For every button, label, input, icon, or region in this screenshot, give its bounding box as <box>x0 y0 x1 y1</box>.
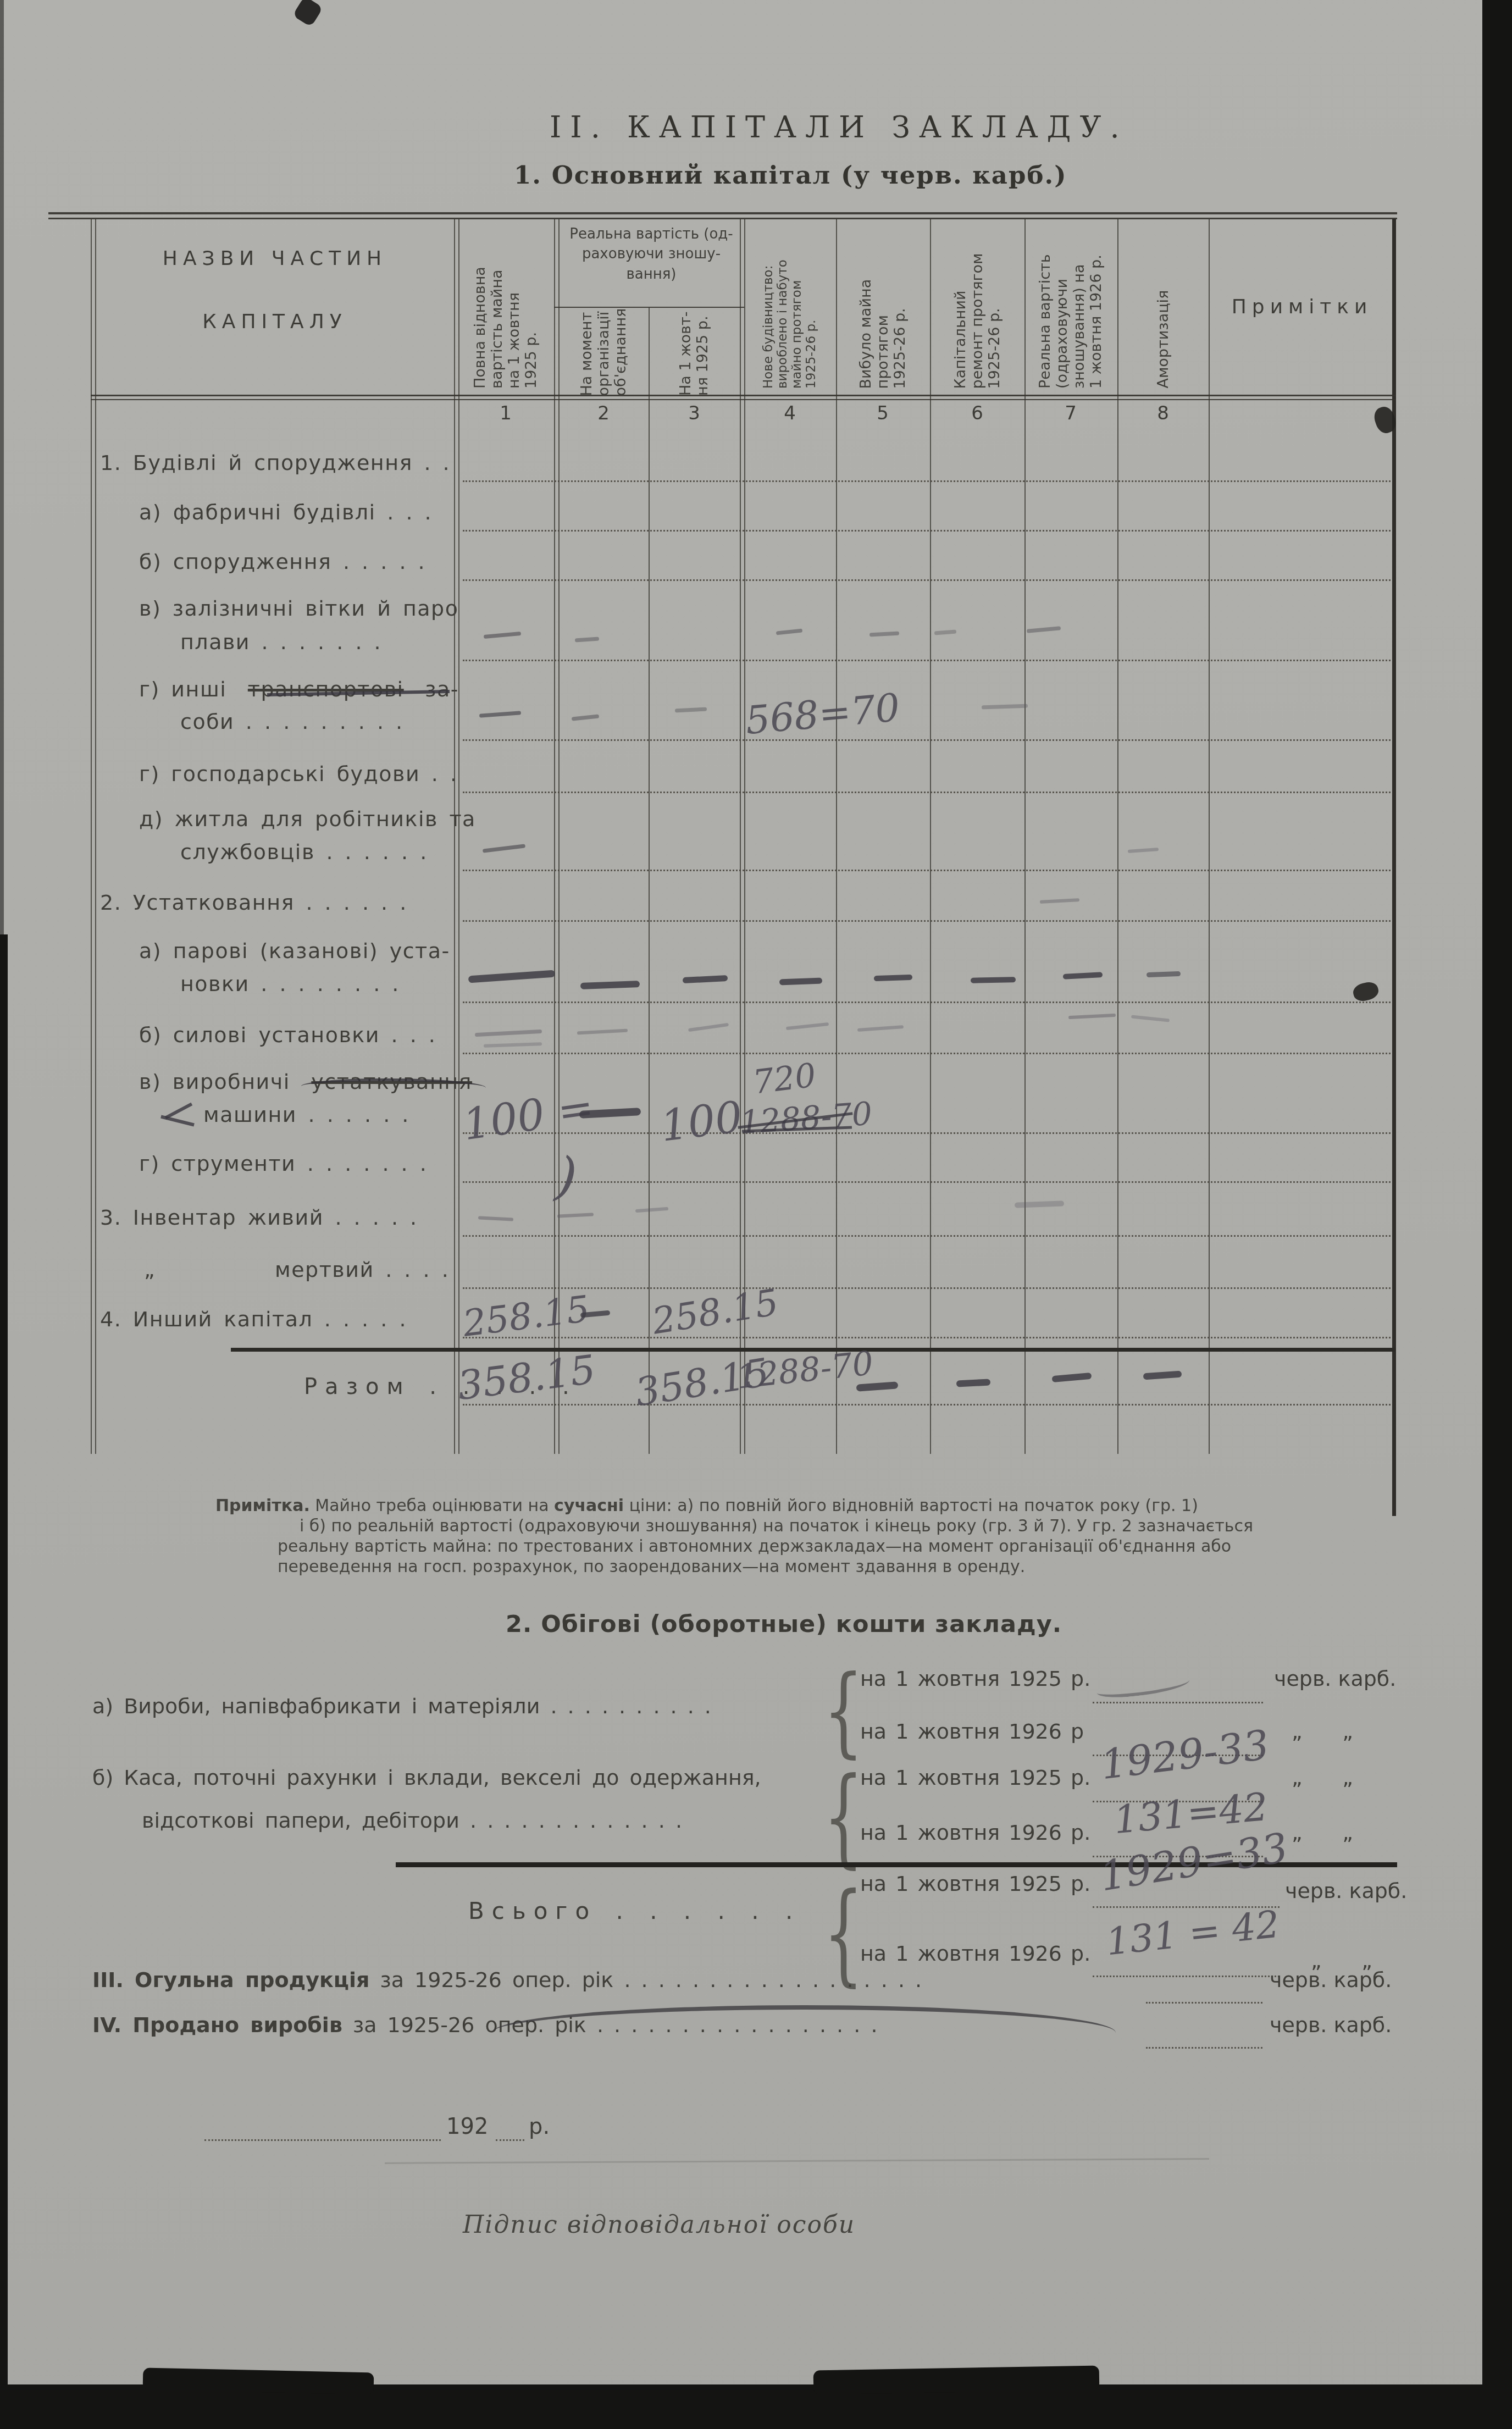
table-vline <box>558 219 560 1454</box>
dotted-row-line <box>463 870 1391 871</box>
handwritten-tick <box>484 632 521 639</box>
section2-heading: 2. Обігові (оборотные) кошти закладу. <box>506 1611 1062 1638</box>
dotted-row-line <box>463 530 1391 532</box>
row-label-quote: „ <box>144 1258 156 1282</box>
row-label: 3. Інвентар живий . . . . . <box>100 1205 418 1230</box>
section3-dots: . . . . . . . . . . . . . . . . . . <box>624 1968 922 1992</box>
item-a-1926-label: на 1 жовтня 1926 р <box>860 1719 1084 1744</box>
col8-header: Амортизація <box>1155 224 1172 389</box>
col5-number: 5 <box>866 402 899 424</box>
row-label-cont: плави . . . . . . . <box>180 630 381 654</box>
handwritten-tick <box>869 632 899 637</box>
note-line-2: і б) по реальній вартості (одраховуючи з… <box>300 1517 1253 1536</box>
handwritten-value: 258.15 <box>649 1281 781 1342</box>
handwritten-faint-dash <box>1131 1015 1170 1022</box>
handwritten-tick <box>1027 626 1061 633</box>
table-vline <box>458 219 459 1454</box>
scan-edge-right <box>1482 0 1512 2429</box>
table-vline <box>1209 219 1210 1454</box>
scanned-form-page: ІІ. КАПІТАЛИ ЗАКЛАДУ. 1. Основний капіта… <box>0 0 1512 2429</box>
ink-paren-mark: ) <box>553 1146 579 1208</box>
pen-flourish <box>1096 1673 1190 1700</box>
item-b-1925-label: на 1 жовтня 1925 р. <box>860 1766 1090 1790</box>
row-label: 2. Устатковання . . . . . . <box>100 890 407 915</box>
scan-edge-bottom-ragged-2 <box>813 2365 1100 2394</box>
table-vline <box>91 219 92 1454</box>
dotted-row-line <box>463 1235 1391 1237</box>
note-line-1: Примітка. Майно треба оцінювати на сучас… <box>215 1496 1198 1516</box>
faint-crease-line <box>385 2158 1209 2164</box>
handwritten-dash <box>779 978 822 986</box>
row-label-cont: соби . . . . . . . . . <box>180 710 403 734</box>
dotted-row-line <box>463 1337 1391 1338</box>
col4-number: 4 <box>773 402 806 424</box>
brace-item-b: { <box>823 1755 863 1880</box>
col2-number: 2 <box>587 402 620 424</box>
value-dotted-line <box>1093 1976 1280 1977</box>
date-dotted-line <box>204 2139 441 2141</box>
handwritten-tick <box>479 711 521 717</box>
row-label-cont: новки . . . . . . . . <box>180 972 400 996</box>
row-label-struck-word: транспортові <box>248 677 404 701</box>
signature-caption: Підпис відповідальної особи <box>463 2211 855 2239</box>
note-label: Примітка. <box>215 1496 310 1515</box>
handwritten-faint-dash <box>577 1029 628 1035</box>
vsogo-1926-label: на 1 жовтня 1926 р. <box>860 1941 1090 1966</box>
row-label-cont: службовців . . . . . . <box>180 840 428 864</box>
handwritten-faint-dash <box>478 1216 513 1221</box>
handwritten-dash <box>580 981 640 989</box>
value-dotted-line <box>1093 1702 1263 1703</box>
section4-label: IV. Продано виробів <box>92 2013 342 2037</box>
dotted-row-line <box>463 1132 1391 1134</box>
ditto-marks: „ „ <box>1292 1766 1353 1790</box>
item-a-1925-label: на 1 жовтня 1925 р. <box>860 1667 1090 1691</box>
handwritten-dash <box>971 977 1016 983</box>
pen-squiggle <box>160 1115 195 1127</box>
table-vline <box>740 219 741 1454</box>
col3-number: 3 <box>678 402 711 424</box>
row-label: г) инші транспортові за- <box>139 677 459 701</box>
col4-header: Нове будівництво: вироблено і набуто май… <box>761 224 818 389</box>
ditto-marks: „ „ <box>1292 1719 1353 1744</box>
date-dotted-line-small <box>496 2139 524 2141</box>
handwritten-dash <box>1147 971 1181 977</box>
col8-number: 8 <box>1147 402 1179 424</box>
ink-blot <box>1352 980 1380 1003</box>
table-vline <box>95 219 96 1454</box>
handwritten-tick <box>675 707 707 712</box>
vsogo-1925-label: на 1 жовтня 1925 р. <box>860 1872 1090 1896</box>
note-line-4: переведення на госп. розрахунок, по заор… <box>278 1557 1025 1577</box>
dotted-row-line <box>463 579 1391 581</box>
table-vline <box>554 219 555 1454</box>
dotted-row-line <box>463 1287 1391 1289</box>
table-vline <box>1117 219 1118 1454</box>
row-label: а) парові (казанові) уста- <box>139 939 450 963</box>
dotted-row-line <box>463 480 1391 482</box>
dotted-row-line <box>463 920 1391 922</box>
handwritten-dash <box>1052 1373 1092 1382</box>
header-rule-2 <box>91 399 1396 400</box>
row-label: б) спорудження . . . . . <box>139 550 425 574</box>
handwritten-faint-dash <box>1040 898 1079 904</box>
table-vline <box>930 219 931 1454</box>
item-b-label-line2: відсоткові папери, дебітори . . . . . . … <box>142 1808 682 1833</box>
row-label: г) господарські будови . . <box>139 762 457 786</box>
handwritten-faint-dash <box>484 1042 542 1048</box>
group-header: Реальна вартість (од- раховуючи зношу- в… <box>558 224 744 284</box>
note-l1-post: ціни: а) по повній його відновній вартос… <box>624 1496 1198 1515</box>
row-label: 1. Будівлі й спорудження . . <box>100 451 450 475</box>
row-label: а) фабричні будівлі . . . <box>139 500 432 524</box>
value-dotted-line <box>1146 2047 1262 2049</box>
col5-header: Вибуло майна протягом 1925-26 р. <box>857 224 909 389</box>
handwritten-faint-dash <box>1128 848 1159 853</box>
handwritten-tick <box>575 637 599 642</box>
row-label-pre: г) инші <box>139 677 226 701</box>
footer-year-suffix: р. <box>529 2114 550 2139</box>
handwritten-value: 100 <box>658 1092 745 1151</box>
note-line-3: реальну вартість майна: по трестованих і… <box>278 1537 1231 1557</box>
col1-number: 1 <box>489 402 522 424</box>
col2-header: На момент організації об'єднання <box>578 308 629 396</box>
handwritten-faint-dash <box>786 1022 829 1030</box>
names-col-header-line2: КАПІТАЛУ <box>96 311 453 333</box>
table-vline <box>649 308 650 1454</box>
dotted-row-line <box>463 1181 1391 1183</box>
note-l1-pre: Майно треба оцінювати на <box>315 1496 554 1515</box>
handwritten-tick <box>572 714 599 721</box>
handwritten-dash <box>874 975 912 981</box>
brace-item-a: { <box>823 1655 863 1769</box>
dotted-row-line <box>463 1404 1391 1406</box>
dotted-row-line <box>463 1053 1391 1054</box>
handwritten-faint-dash <box>982 704 1028 710</box>
currency-label: черв. карб. <box>1274 1667 1396 1691</box>
handwritten-faint-dash <box>1015 1200 1064 1208</box>
handwritten-dash <box>468 970 556 983</box>
ditto-marks: „ „ <box>1292 1821 1353 1845</box>
row-label-cont: машини . . . . . . <box>203 1103 409 1127</box>
handwritten-faint-dash <box>475 1030 542 1037</box>
row-label-post: за- <box>425 677 459 701</box>
value-dotted-line <box>1146 2002 1262 2004</box>
dotted-row-line <box>463 1002 1391 1003</box>
dotted-row-line <box>463 792 1391 793</box>
dotted-row-line <box>463 660 1391 661</box>
scan-edge-left-upper <box>0 0 4 934</box>
row-label: б) силові установки . . . <box>139 1023 436 1047</box>
col1-header: Повна відновна вартість майна на 1 жовтн… <box>472 224 540 389</box>
handwritten-dash <box>683 975 728 983</box>
ink-mark-top <box>292 0 323 27</box>
handwritten-value: 1929-33 <box>1098 1722 1272 1789</box>
table-vline <box>454 219 455 1454</box>
top-rule-1 <box>48 212 1397 214</box>
table-vline <box>836 219 837 1454</box>
item-b-label-line1: б) Каса, поточні рахунки і вклади, вексе… <box>92 1766 761 1790</box>
table-vline <box>1024 219 1026 1454</box>
header-rule-1 <box>91 395 1396 396</box>
handwritten-faint-dash <box>857 1025 904 1032</box>
row-label-pre: в) виробничі <box>139 1070 290 1094</box>
handwritten-dash <box>1143 1371 1182 1380</box>
col6-header: Капітальний ремонт протягом 1925-26 р. <box>952 224 1003 389</box>
item-a-label: а) Вироби, напівфабрикати і матеріяли . … <box>92 1694 711 1718</box>
section3-rest: за 1925-26 опер. рік <box>369 1968 624 1992</box>
handwritten-value-correction: 720 <box>751 1056 818 1102</box>
page-subtitle: 1. Основний капітал (у черв. карб.) <box>514 161 1067 190</box>
section3-line: ІІІ. Огульна продукція за 1925-26 опер. … <box>92 1968 922 1992</box>
names-col-header-line1: НАЗВИ ЧАСТИН <box>96 247 453 270</box>
handwritten-dash <box>1063 972 1103 980</box>
row-label: мертвий . . . . <box>275 1258 449 1282</box>
handwritten-faint-dash <box>557 1213 594 1218</box>
handwritten-faint-dash <box>688 1023 729 1032</box>
handwritten-value: 568=70 <box>744 685 901 743</box>
handwritten-tick <box>483 844 525 853</box>
row-label: 4. Инший капітал . . . . . <box>100 1307 407 1331</box>
col7-number: 7 <box>1054 402 1087 424</box>
handwritten-long-stroke <box>492 2005 1116 2033</box>
row-label: в) залізничні вітки й паро <box>139 596 458 621</box>
dotted-row-line <box>463 739 1391 741</box>
handwritten-faint-dash <box>635 1207 668 1213</box>
currency-label: черв. карб. <box>1285 1879 1407 1903</box>
currency-label: черв. карб. <box>1270 2013 1392 2037</box>
handwritten-value: 131 = 42 <box>1104 1903 1282 1965</box>
col3-header: На 1 жовт- ня 1925 р. <box>677 308 711 396</box>
scan-edge-left <box>0 934 8 2429</box>
footer-year: 192 <box>446 2114 488 2139</box>
col7-header: Реальна вартість (одраховуючи зношування… <box>1037 224 1105 389</box>
row-label: д) житла для робітників та <box>139 807 476 831</box>
strike-over-arc <box>301 1078 486 1095</box>
table-vline <box>744 219 745 1454</box>
note-l1-bold: сучасні <box>554 1496 624 1515</box>
top-rule-2 <box>48 218 1397 219</box>
handwritten-faint-dash <box>1068 1014 1116 1019</box>
vsogo-label: Всього . . . . . . <box>468 1897 800 1924</box>
handwritten-tick <box>776 629 802 635</box>
handwritten-dash <box>956 1379 991 1387</box>
col6-number: 6 <box>961 402 994 424</box>
page-title: ІІ. КАПІТАЛИ ЗАКЛАДУ. <box>550 110 1128 145</box>
section3-label: ІІІ. Огульна продукція <box>92 1968 369 1992</box>
row-label: г) струменти . . . . . . . <box>139 1152 427 1176</box>
notes-col-header: Примітки <box>1209 296 1395 318</box>
item-b-1926-label: на 1 жовтня 1926 р. <box>860 1821 1090 1845</box>
handwritten-tick <box>934 630 956 635</box>
currency-label: черв. карб. <box>1270 1968 1392 1992</box>
